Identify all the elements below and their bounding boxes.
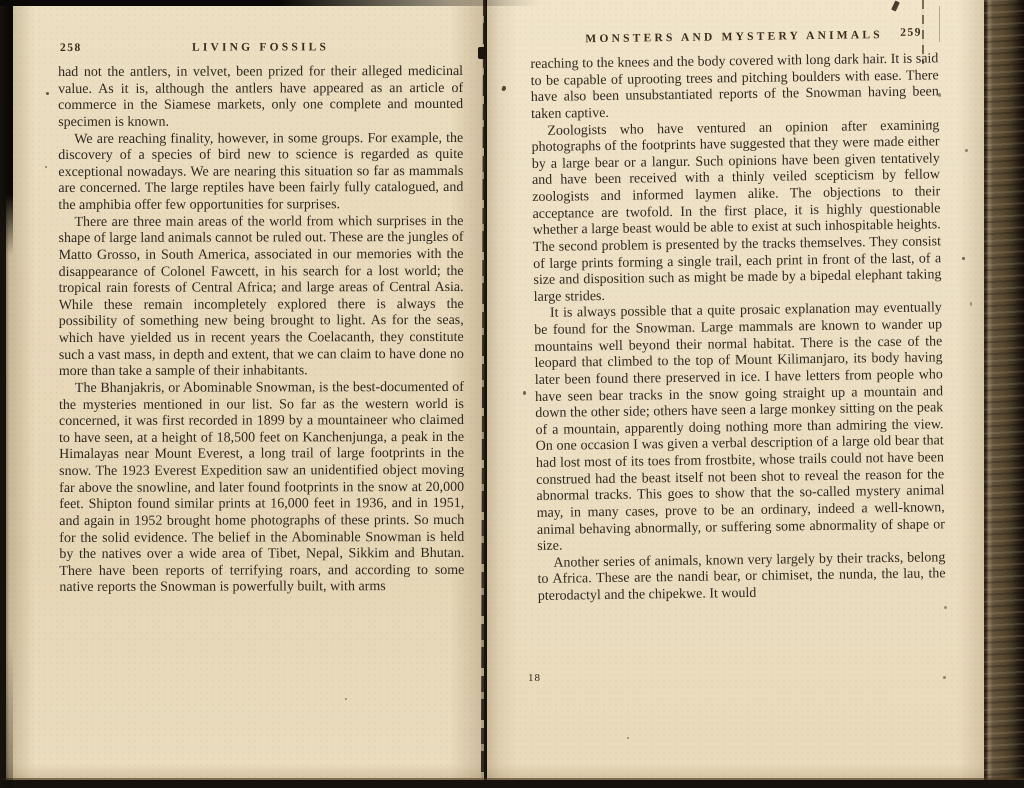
photo-top-edge bbox=[0, 0, 540, 6]
running-head-left: LIVING FOSSILS bbox=[58, 41, 463, 54]
dust-speck bbox=[46, 92, 49, 95]
left-page: 258 LIVING FOSSILS had not the antlers, … bbox=[6, 0, 484, 780]
right-running-head-row: MONSTERS AND MYSTERY ANIMALS 259 bbox=[530, 28, 938, 49]
paragraph: We are reaching finality, however, in so… bbox=[58, 130, 463, 214]
dust-speck bbox=[345, 698, 347, 700]
dust-speck bbox=[627, 737, 629, 739]
right-page: MONSTERS AND MYSTERY ANIMALS 259 reachin… bbox=[487, 0, 984, 780]
running-head-right: MONSTERS AND MYSTERY ANIMALS bbox=[530, 28, 938, 46]
signature-mark: 18 bbox=[528, 672, 541, 684]
paragraph: The Bhanjakris, or Abominable Snowman, i… bbox=[59, 380, 465, 597]
book-cover-edge bbox=[984, 0, 1024, 788]
left-page-body: had not the antlers, in velvet, been pri… bbox=[58, 64, 464, 597]
page-crease-mark bbox=[922, 0, 924, 64]
paragraph: Another series of animals, known very la… bbox=[537, 550, 946, 606]
dust-speck bbox=[930, 122, 932, 125]
page-number-left: 258 bbox=[60, 42, 82, 54]
paragraph: reaching to the knees and the body cover… bbox=[530, 51, 939, 123]
paragraph: It is always possible that a quite prosa… bbox=[534, 301, 945, 556]
right-page-text-block: MONSTERS AND MYSTERY ANIMALS 259 reachin… bbox=[530, 28, 946, 605]
dust-speck bbox=[523, 391, 526, 395]
left-running-head-row: 258 LIVING FOSSILS bbox=[58, 41, 463, 57]
paragraph: There are three main areas of the world … bbox=[58, 214, 463, 381]
dust-speck bbox=[45, 166, 47, 168]
right-page-body: reaching to the knees and the body cover… bbox=[530, 51, 946, 605]
dust-speck bbox=[944, 606, 947, 609]
book-bottom-edge bbox=[0, 778, 1024, 788]
photo-left-edge bbox=[0, 0, 13, 788]
page-number-right: 259 bbox=[900, 27, 922, 39]
paragraph: had not the antlers, in velvet, been pri… bbox=[58, 64, 463, 132]
dust-speck bbox=[943, 676, 946, 679]
paragraph: Zoologists who have ventured an opinion … bbox=[531, 118, 942, 307]
gutter-ink-blob bbox=[478, 47, 486, 59]
left-page-text-block: 258 LIVING FOSSILS had not the antlers, … bbox=[58, 41, 464, 597]
dust-speck bbox=[962, 257, 965, 260]
page-crease-mark bbox=[939, 6, 940, 42]
book-photo: 258 LIVING FOSSILS had not the antlers, … bbox=[0, 0, 1024, 788]
book-gutter-crease bbox=[481, 0, 486, 778]
dust-speck bbox=[970, 302, 972, 306]
dust-speck bbox=[965, 149, 968, 152]
